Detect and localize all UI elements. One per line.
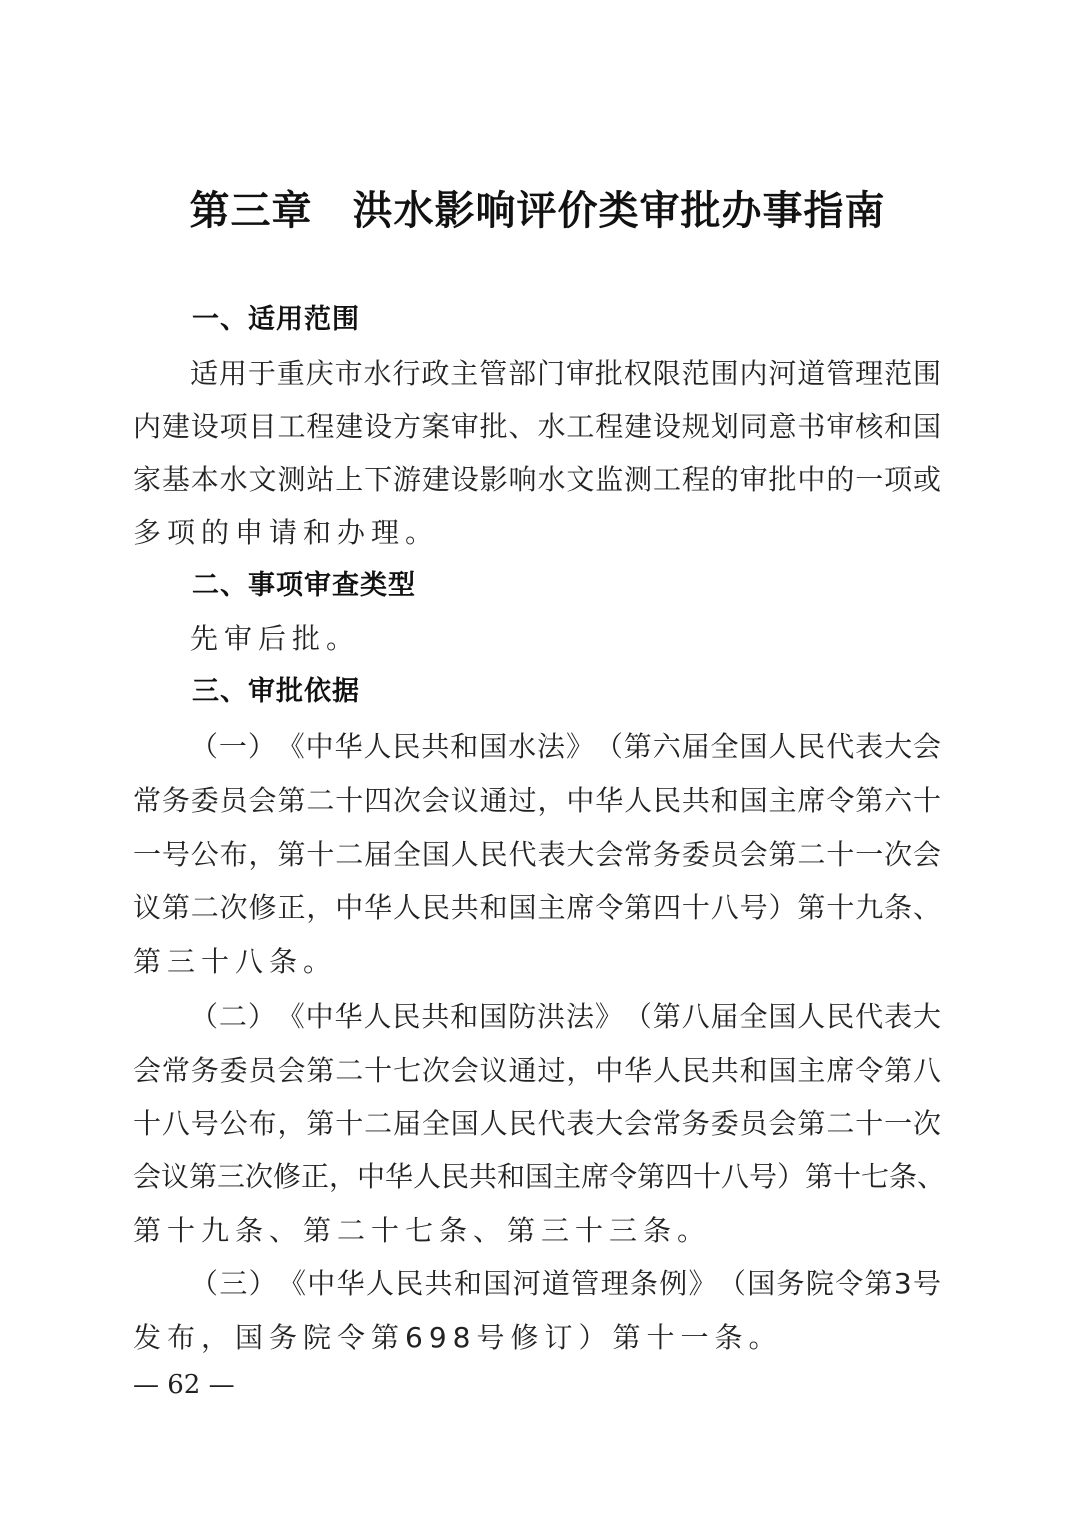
paragraph-line: 第十九条、第二十七条、第三十三条。 — [133, 1211, 941, 1251]
paragraph-line: 十​八​号​公​布​，​第​十​二​届​全​国​人​民​代​表​大​会​常​务​… — [133, 1104, 941, 1144]
paragraph-line: 会​常​务​委​员​会​第​二​十​七​次​会​议​通​过​，​中​华​人​民​… — [133, 1051, 941, 1091]
document-page: 第三章洪水影响评价类审批办事指南 一、适用范围 适​用​于​重​庆​市​水​行​… — [0, 0, 1075, 1519]
paragraph-line: 内​建​设​项​目​工​程​建​设​方​案​审​批​、​水​工​程​建​设​规​… — [133, 407, 941, 447]
paragraph-line: 议​第​二​次​修​正​，​中​华​人​民​共​和​国​主​席​令​第​四​十​… — [133, 888, 941, 928]
section-heading-legal-basis: 三、审批依据 — [192, 672, 360, 712]
paragraph-line: 发布，国务院令第698号修订）第十一条。 — [133, 1318, 941, 1358]
paragraph-line: 家​基​本​水​文​测​站​上​下​游​建​设​影​响​水​文​监​测​工​程​… — [133, 460, 941, 500]
paragraph-line: 常​务​委​员​会​第​二​十​四​次​会​议​通​过​，​中​华​人​民​共​… — [133, 781, 941, 821]
paragraph-line: 适​用​于​重​庆​市​水​行​政​主​管​部​门​审​批​权​限​范​围​内​… — [190, 354, 941, 394]
chapter-title: 第三章洪水影响评价类审批办事指南 — [0, 186, 1075, 236]
chapter-name: 洪水影响评价类审批办事指南 — [353, 187, 886, 234]
paragraph-line: 先审后批。 — [190, 619, 941, 659]
basis-item-flood-control-law: （​二​）​《​中​华​人​民​共​和​国​防​洪​法​》​（​第​八​届​全​… — [190, 997, 941, 1037]
page-number: — 62 — — [133, 1367, 235, 1403]
basis-item-river-regulation: （​三​）​《​中​华​人​民​共​和​国​河​道​管​理​条​例​》​（​国​… — [190, 1264, 941, 1304]
basis-item-water-law: （​一​）​《​中​华​人​民​共​和​国​水​法​》​（​第​六​届​全​国​… — [190, 727, 941, 767]
paragraph-line: 会​议​第​三​次​修​正​，​中​华​人​民​共​和​国​主​席​令​第​四​… — [133, 1157, 941, 1197]
paragraph-line: 多项的申请和办理。 — [133, 513, 941, 553]
paragraph-line: 第三十八条。 — [133, 942, 941, 982]
section-heading-review-type: 二、事项审查类型 — [192, 566, 416, 606]
chapter-number: 第三章 — [190, 187, 313, 234]
paragraph-line: 一​号​公​布​，​第​十​二​届​全​国​人​民​代​表​大​会​常​务​委​… — [133, 835, 941, 875]
section-heading-scope: 一、适用范围 — [192, 300, 360, 340]
